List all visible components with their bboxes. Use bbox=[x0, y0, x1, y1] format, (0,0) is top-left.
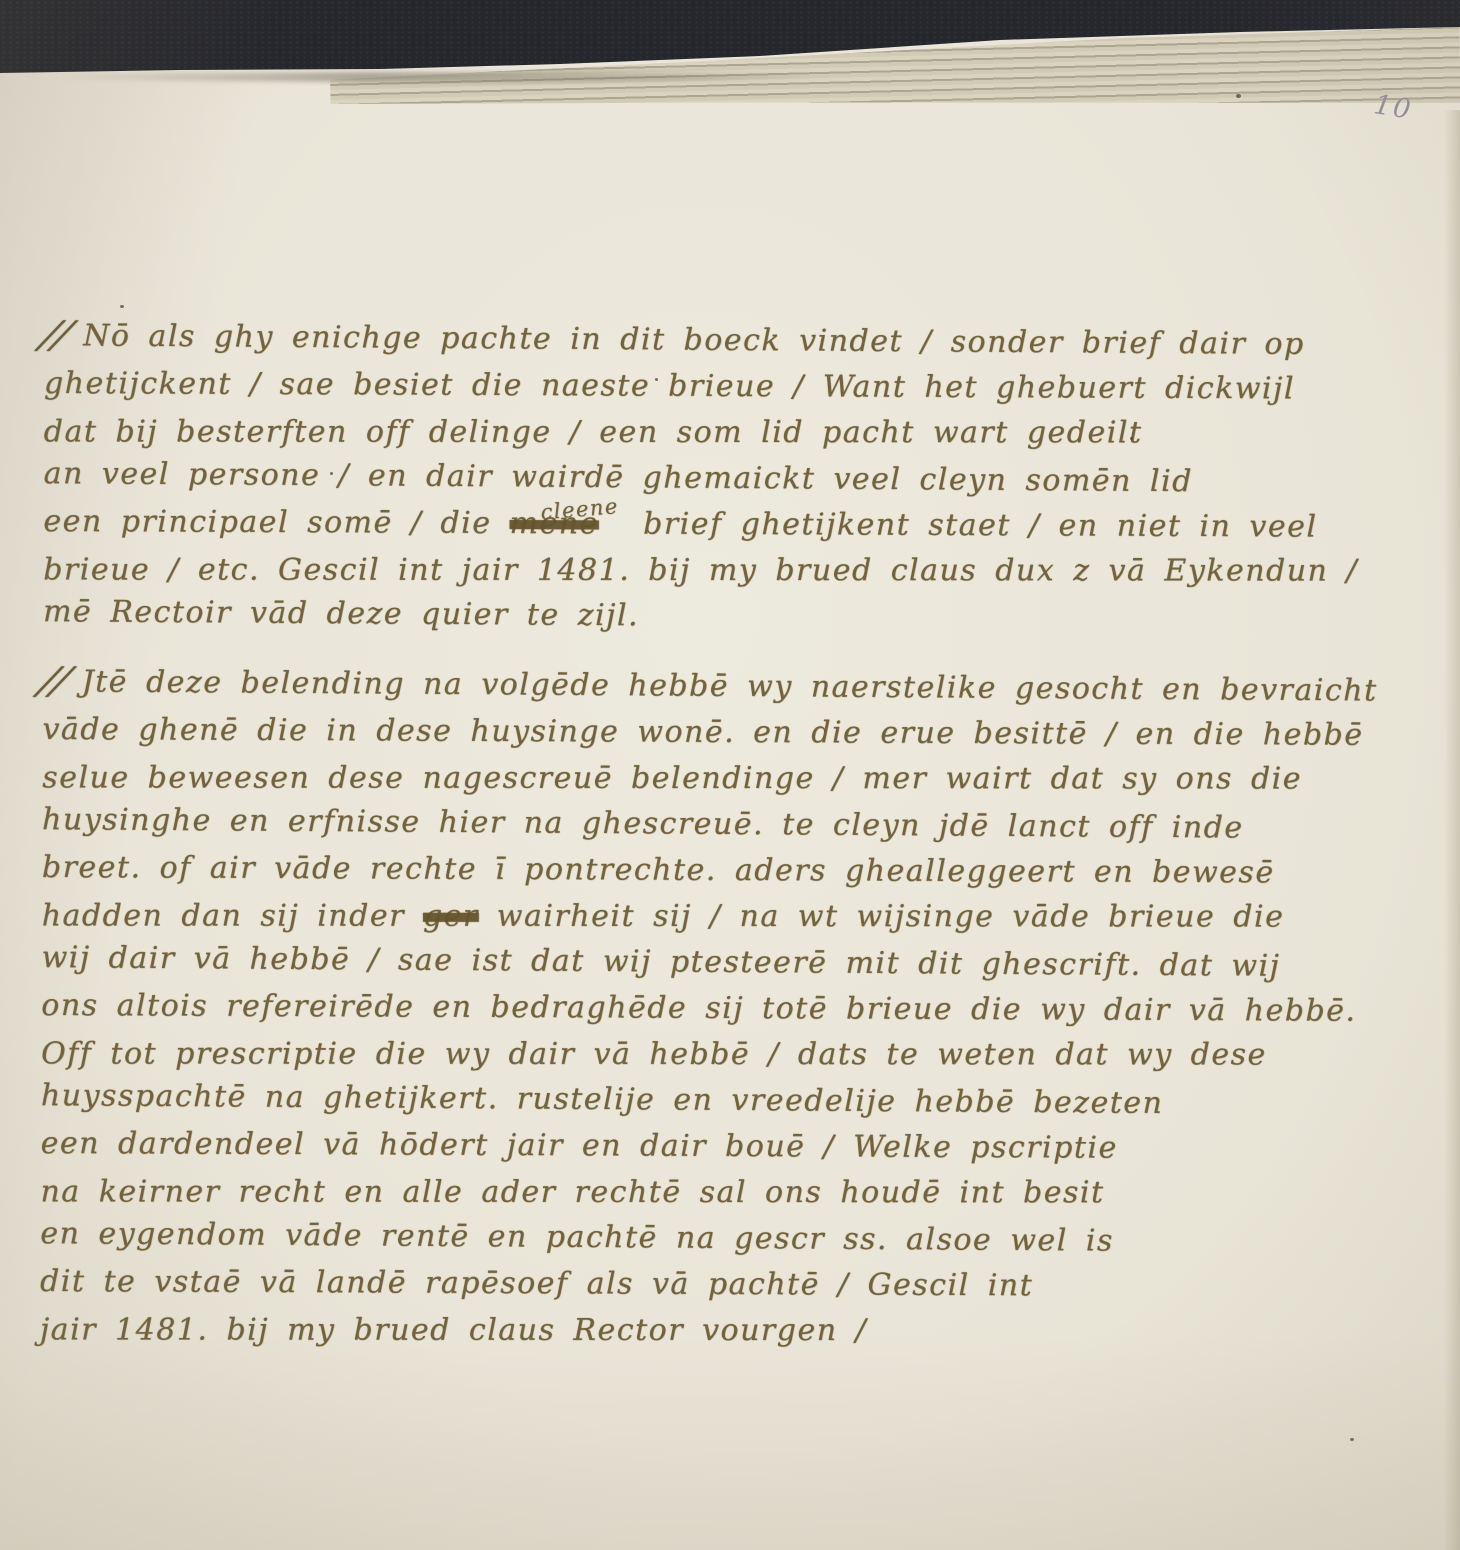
text-segment: dat bij besterften off delinge / een som… bbox=[44, 414, 1143, 450]
manuscript-line: ons altois refereirēde en bedraghēde sij… bbox=[41, 983, 1441, 1035]
paper-speck bbox=[655, 378, 658, 381]
folio-number: 10 bbox=[1372, 89, 1415, 126]
manuscript-line: mē Rectoir vād deze quier te zijl. bbox=[43, 589, 1443, 645]
text-segment: een dardendeel vā hōdert jair en dair bo… bbox=[41, 1126, 1118, 1166]
manuscript-line: huysinghe en erfnisse hier na ghescreuē.… bbox=[42, 797, 1442, 853]
manuscript-line: vāde ghenē die in dese huysinge wonē. en… bbox=[42, 707, 1442, 759]
text-segment: ghetijckent / sae besiet die naeste brie… bbox=[44, 366, 1295, 406]
text-segment: wairheit sij / na wt wijsinge vāde brieu… bbox=[479, 899, 1285, 935]
text-segment: huysspachtē na ghetijkert. rustelije en … bbox=[41, 1078, 1164, 1121]
text-segment: brief ghetijkent staet / en niet in veel bbox=[625, 506, 1318, 544]
manuscript-line: ∕∕Jtē deze belending na volgēde hebbē wy… bbox=[43, 659, 1443, 715]
manuscript-photo: 10 ∕∕Nō als ghy enichge pachte in dit bo… bbox=[0, 0, 1460, 1550]
text-segment: ons altois refereirēde en bedraghēde sij… bbox=[41, 988, 1356, 1029]
manuscript-line: na keirner recht en alle ader rechtē sal… bbox=[40, 1169, 1440, 1216]
paper-speck bbox=[1350, 1438, 1354, 1441]
text-segment: een principael somē / die bbox=[43, 504, 509, 541]
manuscript-line: an veel persone / en dair wairdē ghemaic… bbox=[43, 451, 1443, 507]
text-segment: vāde ghenē die in dese huysinge wonē. en… bbox=[42, 712, 1363, 753]
manuscript-line: dat bij besterften off delinge / een som… bbox=[44, 409, 1444, 456]
text-segment: Nō als ghy enichge pachte in dit boeck v… bbox=[83, 318, 1305, 362]
manuscript-line: wij dair vā hebbē / sae ist dat wij ptes… bbox=[41, 935, 1441, 991]
manuscript-paragraph: ∕∕Jtē deze belending na volgēde hebbē wy… bbox=[40, 661, 1443, 1357]
text-segment-strike: ger bbox=[423, 899, 479, 934]
text-segment: an veel persone / en dair wairdē ghemaic… bbox=[44, 456, 1193, 499]
manuscript-line: breet. of air vāde rechte ī pontrechte. … bbox=[42, 845, 1442, 897]
text-segment: huysinghe en erfnisse hier na ghescreuē.… bbox=[42, 802, 1244, 845]
manuscript-line: selue beweesen dese nagescreuē belending… bbox=[42, 755, 1442, 802]
text-segment: hadden dan sij inder bbox=[42, 898, 423, 933]
text-segment: na keirner recht en alle ader rechtē sal… bbox=[40, 1174, 1104, 1210]
text-segment: brieue / etc. Gescil int jair 1481. bij … bbox=[43, 552, 1358, 588]
manuscript-line: ∕∕Nō als ghy enichge pachte in dit boeck… bbox=[44, 313, 1444, 369]
page-top-edge-shadow bbox=[50, 72, 830, 82]
paper-speck bbox=[330, 472, 333, 475]
page-right-edge bbox=[1444, 110, 1460, 1550]
paragraph-marker: ∕∕ bbox=[27, 653, 83, 710]
text-segment: jair 1481. bij my brued claus Rector vou… bbox=[40, 1312, 867, 1348]
paper-speck bbox=[1236, 94, 1241, 98]
text-segment: selue beweesen dese nagescreuē belending… bbox=[42, 760, 1302, 796]
text-segment: en eygendom vāde rentē en pachtē na gesc… bbox=[40, 1216, 1114, 1258]
manuscript-line: Off tot prescriptie die wy dair vā hebbē… bbox=[41, 1031, 1441, 1078]
text-segment: mē Rectoir vād deze quier te zijl. bbox=[43, 594, 639, 633]
paragraph-marker: ∕∕ bbox=[29, 307, 85, 364]
manuscript-line: brieue / etc. Gescil int jair 1481. bij … bbox=[43, 547, 1443, 594]
manuscript-line: huysspachtē na ghetijkert. rustelije en … bbox=[41, 1073, 1441, 1129]
manuscript-line: ghetijckent / sae besiet die naeste brie… bbox=[44, 361, 1444, 413]
manuscript-line: hadden dan sij inder ger wairheit sij / … bbox=[42, 893, 1442, 940]
text-segment: Jtē deze belending na volgēde hebbē wy n… bbox=[82, 664, 1378, 708]
manuscript-text: ∕∕Nō als ghy enichge pachte in dit boeck… bbox=[40, 315, 1445, 1381]
text-segment: breet. of air vāde rechte ī pontrechte. … bbox=[42, 850, 1275, 890]
paper-speck bbox=[120, 305, 124, 308]
text-segment: dit te vstaē vā landē rapēsoef als vā pa… bbox=[40, 1264, 1033, 1303]
text-segment-above: cleene bbox=[539, 483, 621, 535]
text-segment: Off tot prescriptie die wy dair vā hebbē… bbox=[41, 1036, 1267, 1072]
manuscript-line: jair 1481. bij my brued claus Rector vou… bbox=[40, 1307, 1440, 1354]
manuscript-line: dit te vstaē vā landē rapēsoef als vā pa… bbox=[40, 1259, 1440, 1311]
manuscript-line: een dardendeel vā hōdert jair en dair bo… bbox=[41, 1121, 1441, 1173]
manuscript-line: en eygendom vāde rentē en pachtē na gesc… bbox=[40, 1211, 1440, 1267]
manuscript-paragraph: ∕∕Nō als ghy enichge pachte in dit boeck… bbox=[43, 315, 1444, 643]
manuscript-line: een principael somē / die menecleene bri… bbox=[43, 499, 1443, 551]
text-segment: wij dair vā hebbē / sae ist dat wij ptes… bbox=[41, 940, 1280, 984]
paper-speck bbox=[1130, 437, 1133, 440]
